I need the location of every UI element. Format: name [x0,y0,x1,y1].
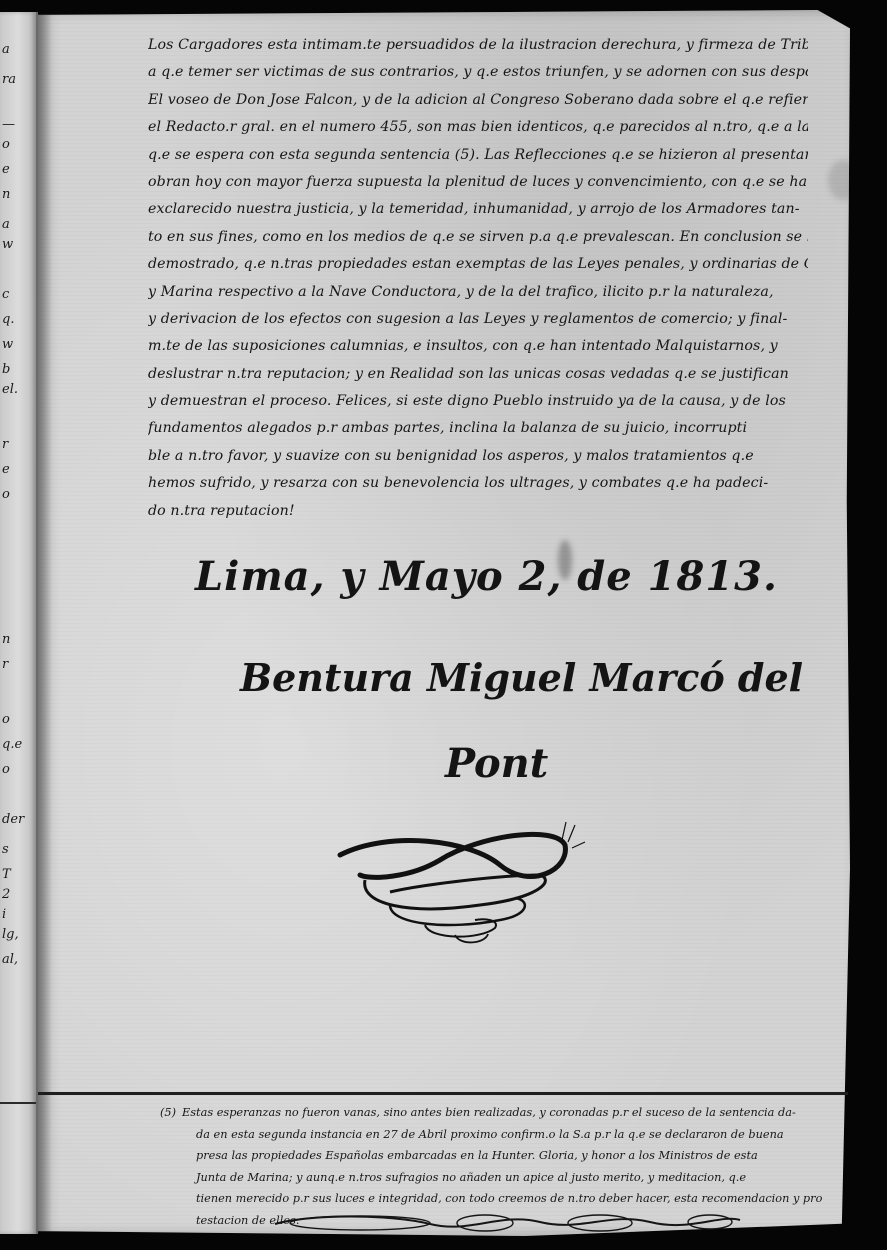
body-line: ble a n.tro favor, y suavize con su beni… [148,443,808,470]
adjacent-page-fragment: b [2,362,10,377]
body-line: obran hoy con mayor fuerza supuesta la p… [148,169,808,196]
adjacent-page-fragment: T [2,867,11,882]
body-line: deslustrar n.tra reputacion; y en Realid… [148,361,808,388]
body-line: fundamentos alegados p.r ambas partes, i… [148,415,808,442]
footnote-line: presa las propiedades Españolas embarcad… [160,1145,850,1167]
adjacent-page-fragment: der [2,812,24,827]
adjacent-page-fragment: a [2,217,10,232]
date-line: Lima, y Mayo 2, de 1813. [195,553,778,600]
body-line: El voseo de Don Jose Falcon, y de la adi… [148,87,808,114]
body-line: y demuestran el proceso. Felices, si est… [148,388,808,415]
adjacent-page-fragment: s [2,842,9,857]
adjacent-page-fragment: a [2,42,10,57]
body-line: y Marina respectivo a la Nave Conductora… [148,279,808,306]
footnote-line: (5)Estas esperanzas no fueron vanas, sin… [160,1102,850,1124]
signature-name-continued: Pont [445,740,548,787]
footnote-line: Junta de Marina; y aunq.e n.tros sufragi… [160,1167,850,1189]
adjacent-page-fragment: o [2,137,10,152]
adjacent-page-fragment: al, [2,952,18,967]
footnote-text: Estas esperanzas no fueron vanas, sino a… [182,1106,796,1119]
adjacent-page-strip: ara—oenawcq.wbel.reonroq.eodersT2ilg,al, [0,12,38,1234]
adjacent-page-fragment: q.e [2,737,22,752]
body-line: q.e se espera con esta segunda sentencia… [148,142,808,169]
body-line: y derivacion de los efectos con sugesion… [148,306,808,333]
signature-flourish-icon [330,820,590,950]
footnote-marker: (5) [160,1102,176,1124]
adjacent-page-fragment: e [2,462,10,477]
adjacent-page-fragment: 2 [2,887,10,902]
footnote-rule [38,1092,848,1095]
adjacent-page-fragment: lg, [2,927,19,942]
body-line: el Redacto.r gral. en el numero 455, son… [148,114,808,141]
body-line: Los Cargadores esta intimam.te persuadid… [148,32,808,59]
adjacent-page-fragment: i [2,907,6,922]
body-line: exclarecido nuestra justicia, y la temer… [148,196,808,223]
adjacent-page-fragment: c [2,287,9,302]
adjacent-page-fragment: w [2,337,13,352]
paper-stain [828,160,858,200]
adjacent-page-fragment: n [2,632,10,647]
body-line: to en sus fines, como en los medios de q… [148,224,808,251]
adjacent-page-rule [0,1102,36,1104]
adjacent-page-fragment: n [2,187,10,202]
adjacent-page-fragment: q. [2,312,14,327]
adjacent-page-fragment: r [2,437,8,452]
adjacent-page-fragment: e [2,162,10,177]
body-text: Los Cargadores esta intimam.te persuadid… [148,32,808,525]
adjacent-page-fragment: el. [2,382,18,397]
adjacent-page-fragment: w [2,237,13,252]
footnote-line: tienen merecido p.r sus luces e integrid… [160,1188,850,1210]
adjacent-page-fragment: r [2,657,8,672]
footnote-line: da en esta segunda instancia en 27 de Ab… [160,1124,850,1146]
body-line: a q.e temer ser victimas de sus contrari… [148,59,808,86]
body-line: hemos sufrido, y resarza con su benevole… [148,470,808,497]
manuscript-scan: ara—oenawcq.wbel.reonroq.eodersT2ilg,al,… [0,0,887,1250]
body-line: m.te de las suposiciones calumnias, e in… [148,333,808,360]
adjacent-page-fragment: — [2,117,15,132]
body-line: do n.tra reputacion! [148,498,808,525]
adjacent-page-fragment: ra [2,72,16,87]
adjacent-page-fragment: o [2,712,10,727]
signature-name: Bentura Miguel Marcó del [240,655,803,700]
adjacent-page-fragment: o [2,487,10,502]
body-line: demostrado, q.e n.tras propiedades estan… [148,251,808,278]
adjacent-page-fragment: o [2,762,10,777]
footnote-flourish-icon [270,1210,750,1236]
binding-crease [38,10,52,1236]
